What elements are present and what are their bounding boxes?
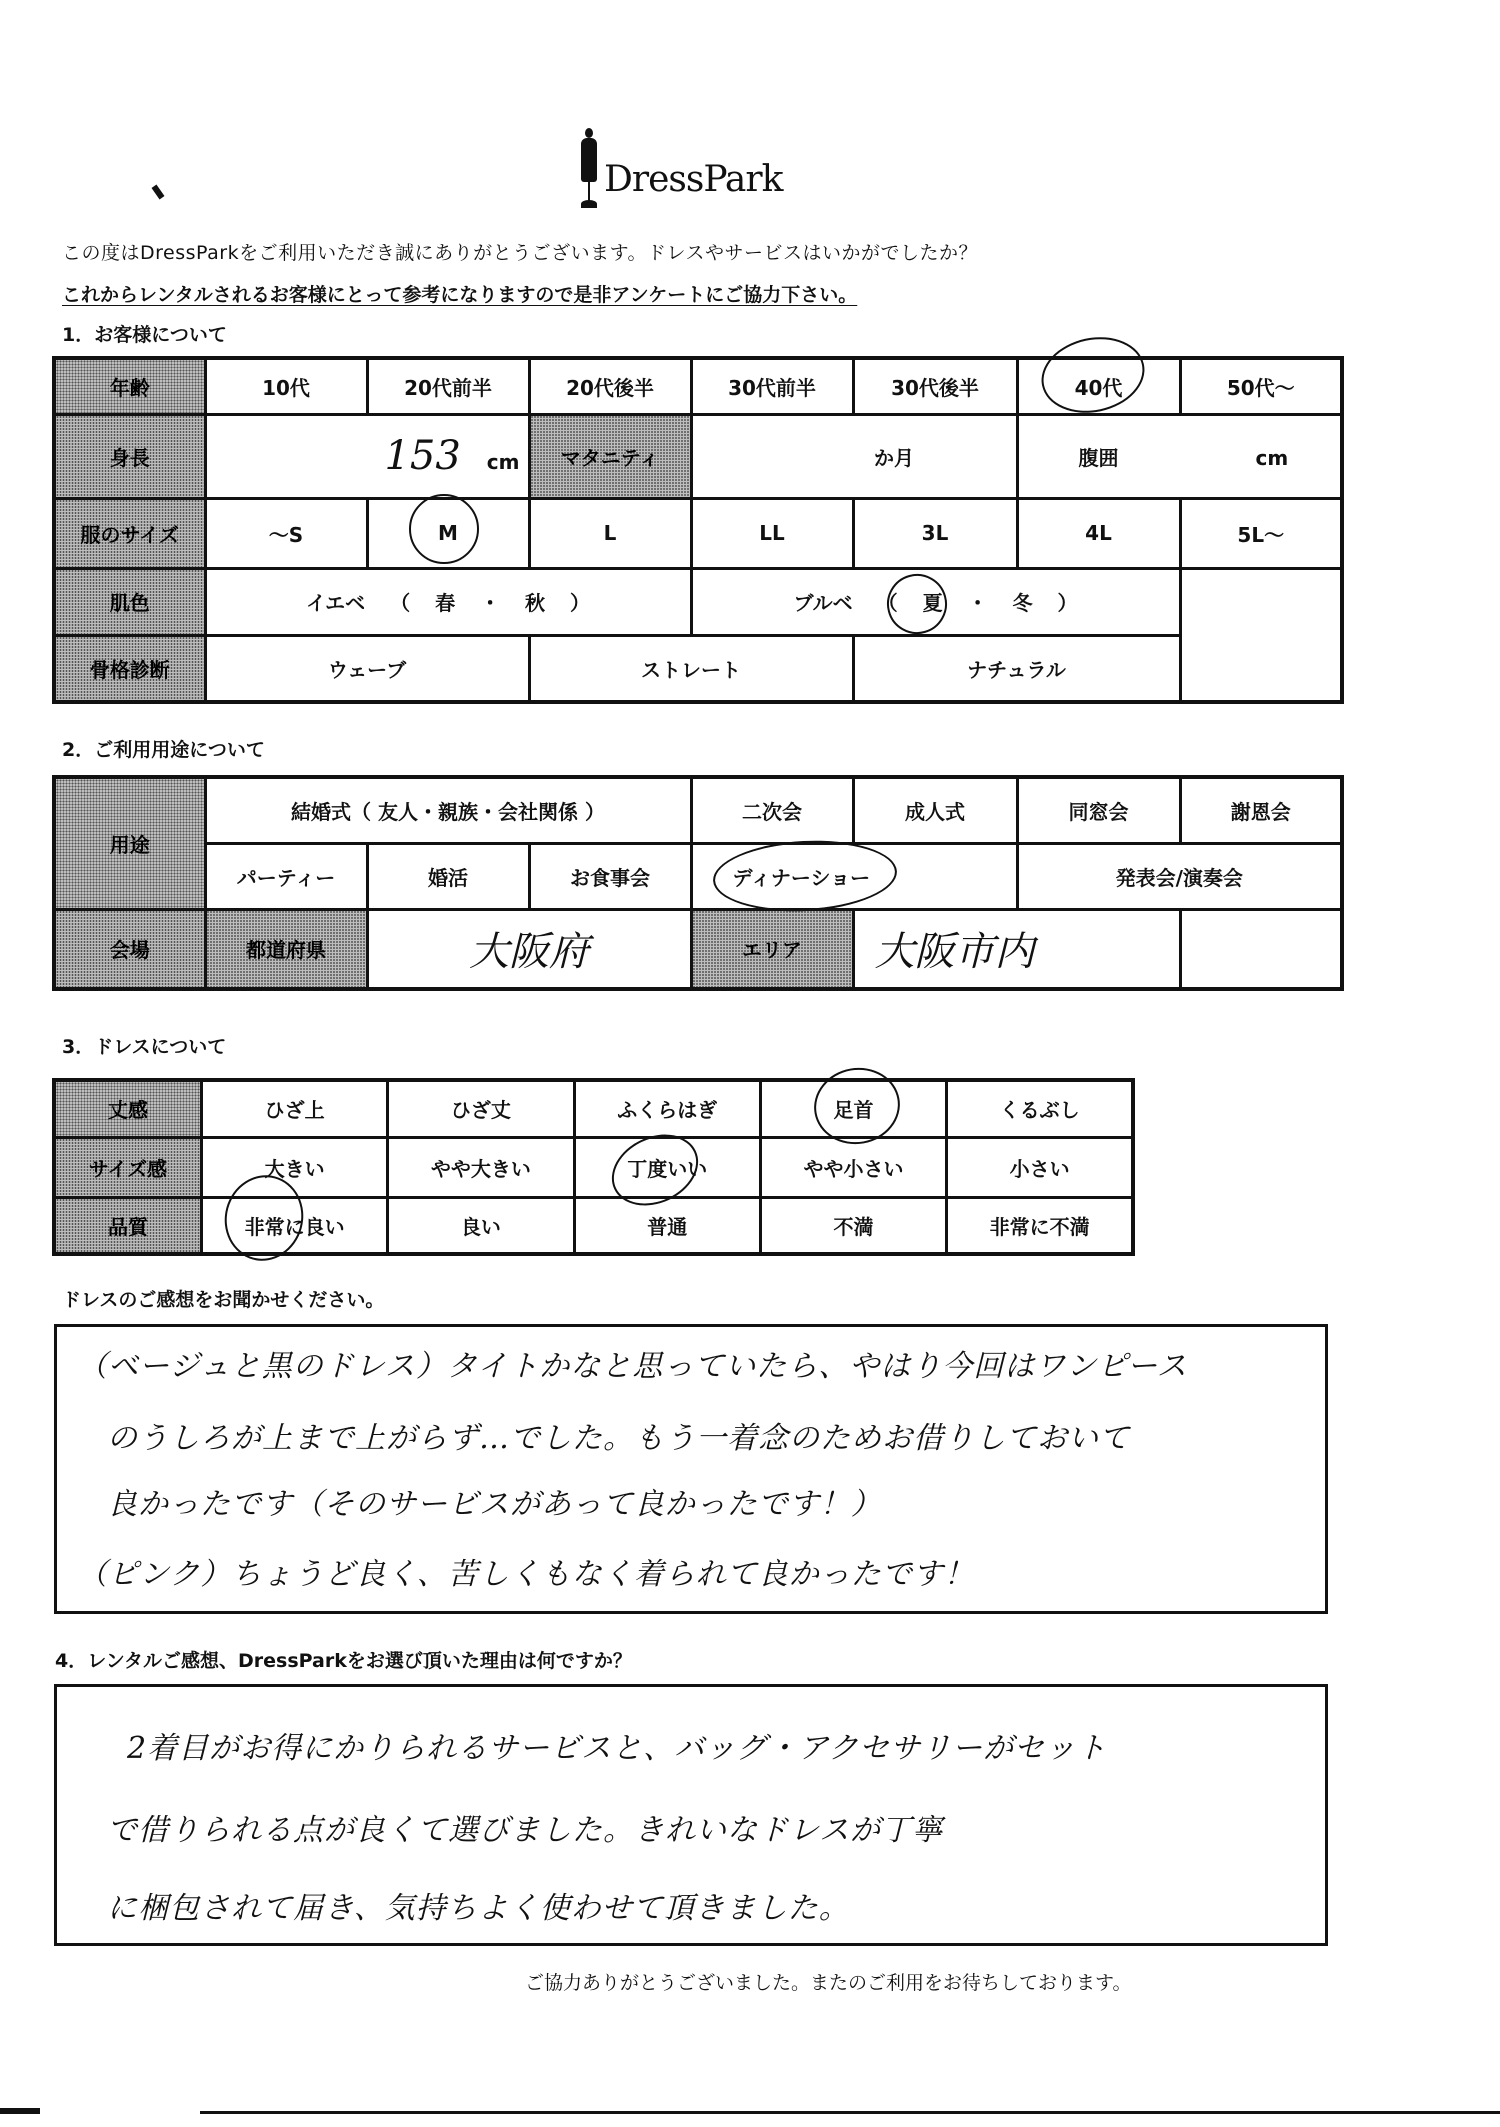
brand-name: DressPark bbox=[604, 162, 782, 198]
fit-option[interactable]: 小さい bbox=[947, 1137, 1133, 1197]
section3-title: 3．ドレスについて bbox=[62, 1032, 226, 1059]
mannequin-icon bbox=[578, 128, 600, 210]
length-option[interactable]: くるぶし bbox=[947, 1080, 1133, 1137]
maternity-label: マタニティ bbox=[529, 414, 691, 498]
comment-line: （ベージュと黒のドレス）タイトかなと思っていたら、やはり今回はワンピース bbox=[77, 1341, 1188, 1385]
height-unit: cm bbox=[487, 450, 520, 474]
length-option-selected[interactable]: 足首 bbox=[760, 1080, 946, 1137]
skeleton-option[interactable]: ナチュラル bbox=[853, 635, 1180, 702]
size-option[interactable]: ～S bbox=[205, 498, 367, 568]
purpose-option-selected[interactable]: ディナーショー bbox=[691, 843, 1017, 909]
skin-yellow-option[interactable]: イエベ （ 春 ・ 秋 ） bbox=[205, 568, 691, 635]
skin-blue-option[interactable]: ブルベ （ 夏 ・ 冬 ） bbox=[691, 568, 1180, 635]
purpose-option[interactable]: お食事会 bbox=[529, 843, 691, 909]
age-label: 年齢 bbox=[54, 358, 205, 414]
dress-comment-prompt: ドレスのご感想をお聞かせください。 bbox=[62, 1285, 384, 1312]
skeleton-row: 骨格診断 ウェーブ ストレート ナチュラル bbox=[54, 635, 1342, 702]
fit-option[interactable]: 大きい bbox=[201, 1137, 387, 1197]
waist-unit: cm bbox=[1255, 446, 1288, 470]
answer-line: 2着目がお得にかりられるサービスと、バッグ・アクセサリーがセット bbox=[127, 1723, 1107, 1767]
quality-label: 品質 bbox=[54, 1197, 201, 1254]
skin-summer-selected: 夏 bbox=[923, 591, 943, 615]
reason-answer-box[interactable]: 2着目がお得にかりられるサービスと、バッグ・アクセサリーがセット で借りられる点… bbox=[54, 1684, 1328, 1946]
age-option[interactable]: 30代後半 bbox=[853, 358, 1017, 414]
fit-option[interactable]: やや大きい bbox=[388, 1137, 574, 1197]
height-row: 身長 153cm マタニティ か月 腹囲 cm bbox=[54, 414, 1342, 498]
size-option[interactable]: 4L bbox=[1017, 498, 1180, 568]
height-label: 身長 bbox=[54, 414, 205, 498]
quality-option[interactable]: 非常に不満 bbox=[947, 1197, 1133, 1254]
size-option[interactable]: 5L～ bbox=[1180, 498, 1342, 568]
intro-request: これからレンタルされるお客様にとって参考になりますので是非アンケートにご協力下さ… bbox=[62, 280, 857, 307]
size-option[interactable]: L bbox=[529, 498, 691, 568]
scan-mark bbox=[152, 185, 165, 200]
section2-title: 2．ご利用用途について bbox=[62, 735, 265, 762]
length-option[interactable]: ふくらはぎ bbox=[574, 1080, 760, 1137]
skeleton-option[interactable]: ストレート bbox=[529, 635, 853, 702]
age-option[interactable]: 50代～ bbox=[1180, 358, 1342, 414]
comment-line: のうしろが上まで上がらず…でした。もう一着念のためお借りしておいて bbox=[107, 1413, 1130, 1457]
maternity-months-field[interactable]: か月 bbox=[691, 414, 1017, 498]
size-option[interactable]: 3L bbox=[853, 498, 1017, 568]
purpose-label: 用途 bbox=[54, 777, 205, 909]
skin-label: 肌色 bbox=[54, 568, 205, 635]
venue-label: 会場 bbox=[54, 909, 205, 989]
age-option[interactable]: 10代 bbox=[205, 358, 367, 414]
purpose-option[interactable]: 同窓会 bbox=[1017, 777, 1180, 843]
fit-option-selected[interactable]: 丁度いい bbox=[574, 1137, 760, 1197]
dresspark-logo: DressPark bbox=[578, 128, 782, 210]
length-option[interactable]: ひざ上 bbox=[201, 1080, 387, 1137]
size-option[interactable]: LL bbox=[691, 498, 853, 568]
purpose-option[interactable]: 謝恩会 bbox=[1180, 777, 1342, 843]
age-option[interactable]: 30代前半 bbox=[691, 358, 853, 414]
quality-option[interactable]: 良い bbox=[388, 1197, 574, 1254]
answer-line: で借りられる点が良くて選びました。きれいなドレスが丁寧 bbox=[107, 1805, 943, 1849]
area-label: エリア bbox=[691, 909, 853, 989]
prefecture-field[interactable]: 大阪府 bbox=[367, 909, 691, 989]
fit-label: サイズ感 bbox=[54, 1137, 201, 1197]
age-row: 年齢 10代 20代前半 20代後半 30代前半 30代後半 40代 50代～ bbox=[54, 358, 1342, 414]
prefecture-label: 都道府県 bbox=[205, 909, 367, 989]
size-label: 服のサイズ bbox=[54, 498, 205, 568]
dress-comment-box[interactable]: （ベージュと黒のドレス）タイトかなと思っていたら、やはり今回はワンピース のうし… bbox=[54, 1324, 1328, 1614]
purpose-option[interactable]: 発表会/演奏会 bbox=[1017, 843, 1342, 909]
section1-title: 1．お客様について bbox=[62, 320, 227, 347]
age-option[interactable]: 20代前半 bbox=[367, 358, 529, 414]
waist-field[interactable]: 腹囲 cm bbox=[1017, 414, 1342, 498]
area-field[interactable]: 大阪市内 bbox=[853, 909, 1180, 989]
usage-table: 用途 結婚式（ 友人・親族・会社関係 ） 二次会 成人式 同窓会 謝恩会 パーテ… bbox=[52, 775, 1344, 991]
size-row: 服のサイズ ～S M L LL 3L 4L 5L～ bbox=[54, 498, 1342, 568]
dress-table: 丈感 ひざ上 ひざ丈 ふくらはぎ 足首 くるぶし サイズ感 大きい やや大きい … bbox=[52, 1078, 1135, 1256]
height-field[interactable]: 153cm bbox=[205, 414, 529, 498]
intro-text: この度はDressParkをご利用いただき誠にありがとうございます。ドレスやサー… bbox=[62, 238, 978, 265]
height-value: 153 bbox=[384, 433, 460, 479]
comment-line: （ピンク）ちょうど良く、苦しくもなく着られて良かったです！ bbox=[77, 1549, 975, 1593]
answer-line: に梱包されて届き、気持ちよく使わせて頂きました。 bbox=[107, 1883, 850, 1927]
purpose-option[interactable]: 成人式 bbox=[853, 777, 1017, 843]
footer-rule bbox=[200, 2111, 1500, 2114]
scan-edge bbox=[0, 2108, 40, 2114]
length-label: 丈感 bbox=[54, 1080, 201, 1137]
section4-title: 4．レンタルご感想、DressParkをお選び頂いた理由は何ですか？ bbox=[55, 1646, 632, 1673]
skin-row: 肌色 イエベ （ 春 ・ 秋 ） ブルベ （ 夏 ・ 冬 ） bbox=[54, 568, 1342, 635]
quality-option[interactable]: 不満 bbox=[760, 1197, 946, 1254]
purpose-option[interactable]: 婚活 bbox=[367, 843, 529, 909]
purpose-option[interactable]: 結婚式（ 友人・親族・会社関係 ） bbox=[205, 777, 691, 843]
quality-option[interactable]: 普通 bbox=[574, 1197, 760, 1254]
size-option-selected[interactable]: M bbox=[367, 498, 529, 568]
purpose-option[interactable]: 二次会 bbox=[691, 777, 853, 843]
skeleton-label: 骨格診断 bbox=[54, 635, 205, 702]
customer-info-table: 年齢 10代 20代前半 20代後半 30代前半 30代後半 40代 50代～ … bbox=[52, 356, 1344, 704]
age-option-selected[interactable]: 40代 bbox=[1017, 358, 1180, 414]
skeleton-option[interactable]: ウェーブ bbox=[205, 635, 529, 702]
purpose-option[interactable]: パーティー bbox=[205, 843, 367, 909]
waist-label: 腹囲 bbox=[1079, 446, 1119, 470]
comment-line: 良かったです（そのサービスがあって良かったです！） bbox=[107, 1479, 882, 1523]
fit-option[interactable]: やや小さい bbox=[760, 1137, 946, 1197]
age-option[interactable]: 20代後半 bbox=[529, 358, 691, 414]
closing-message: ご協力ありがとうございました。またのご利用をお待ちしております。 bbox=[525, 1968, 1131, 1995]
length-option[interactable]: ひざ丈 bbox=[388, 1080, 574, 1137]
quality-option-selected[interactable]: 非常に良い bbox=[201, 1197, 387, 1254]
